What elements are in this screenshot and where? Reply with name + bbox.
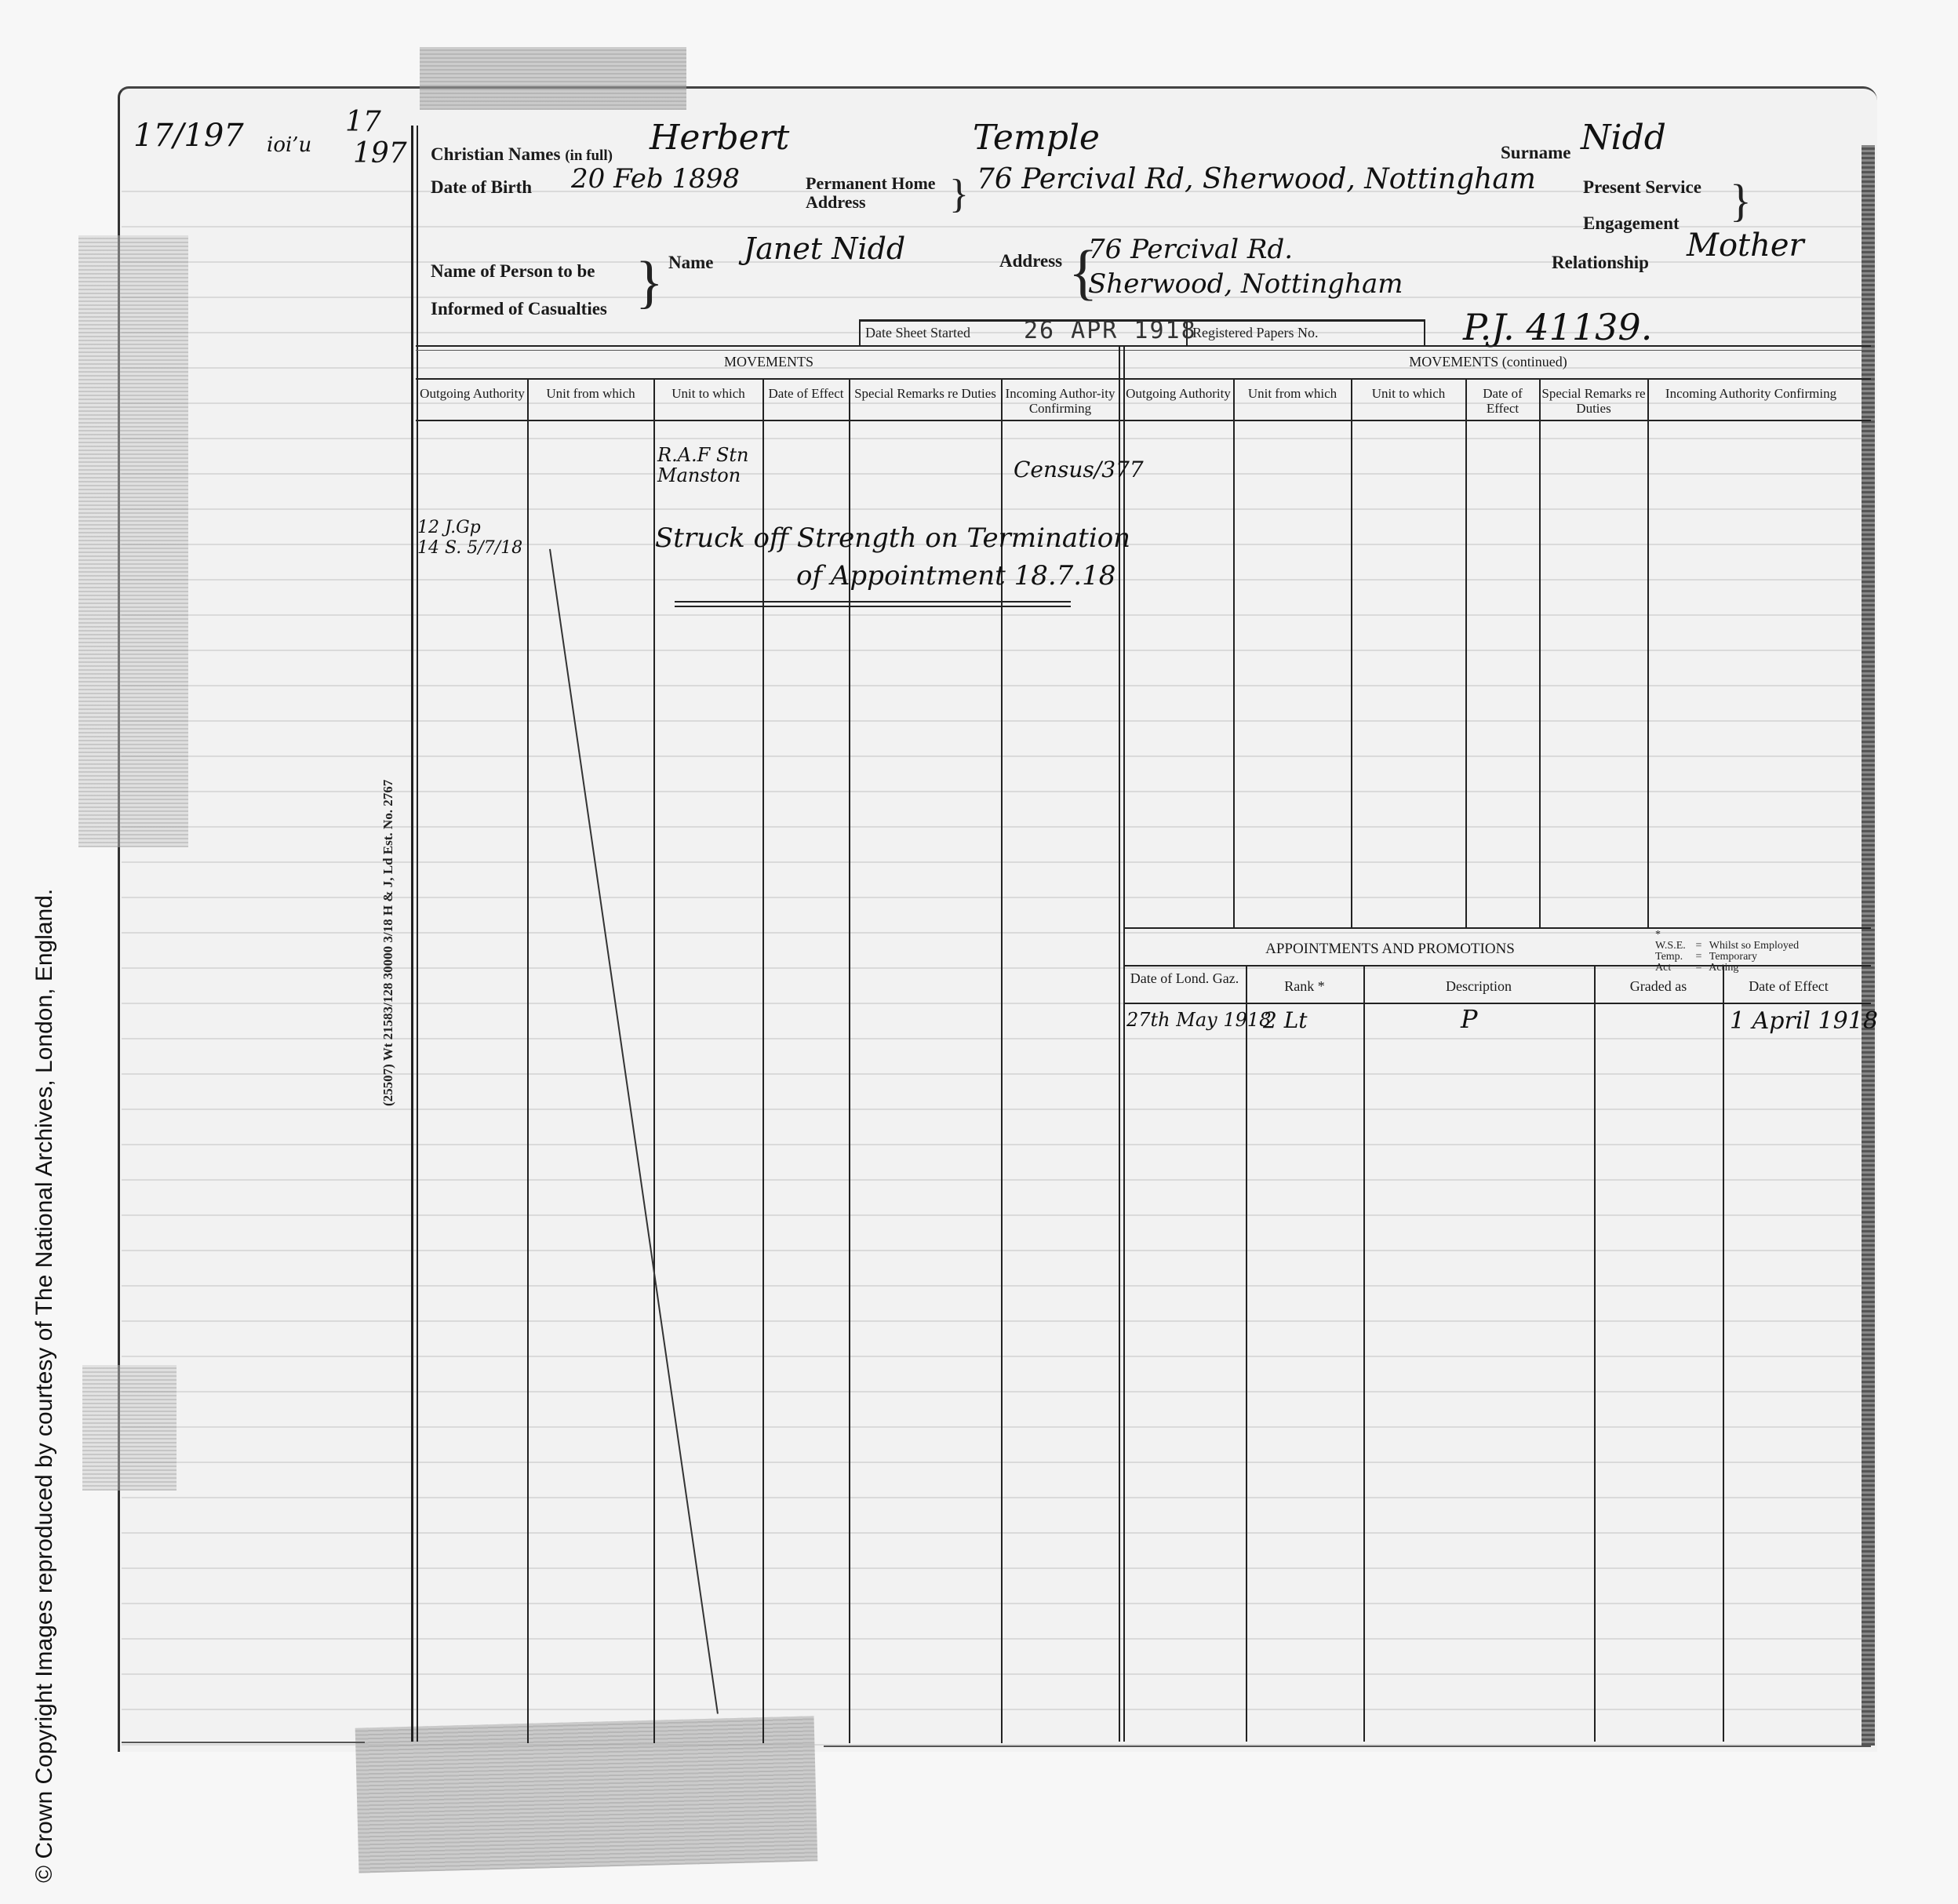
- dob-value: 20 Feb 1898: [571, 163, 740, 195]
- mv-head-remarks: Special Remarks re Duties: [851, 386, 999, 401]
- margin-note-fraction-bottom: 197: [353, 137, 407, 169]
- appt-head-description: Description: [1365, 979, 1592, 994]
- mv-row1-unit-to-2: Manston: [657, 464, 741, 486]
- registered-papers-value: P.J. 41139.: [1463, 306, 1652, 348]
- appointments-legend: * W.S.E. = Whilst so Employed Temp. = Te…: [1655, 930, 1799, 974]
- appt-head-rank: Rank *: [1247, 979, 1362, 994]
- casualty-person-label: Name of Person to be Informed of Casualt…: [431, 253, 607, 328]
- mvc-head-unit-to: Unit to which: [1353, 386, 1464, 401]
- mv-head-date: Date of Effect: [765, 386, 847, 401]
- appt-head-date-effect: Date of Effect: [1724, 979, 1853, 994]
- home-address-label-1: Permanent Home: [806, 174, 936, 193]
- present-service-label: Present Service: [1583, 177, 1701, 198]
- appt-head-graded: Graded as: [1596, 979, 1721, 994]
- christian-names-value-1: Herbert: [650, 118, 789, 158]
- casualty-address-label: Address: [999, 251, 1062, 271]
- dob-label: Date of Birth: [431, 177, 532, 198]
- mv-row2-outgoing-1: 12 J.Gp: [417, 518, 481, 537]
- mv-row2-underline-2: [675, 606, 1071, 607]
- copyright-notice: © Crown Copyright Images reproduced by c…: [31, 889, 58, 1883]
- casualty-name-value: Janet Nidd: [744, 231, 905, 266]
- casualty-name-label: Name: [668, 253, 713, 273]
- movements-title: MOVEMENTS: [416, 355, 1122, 370]
- appt-row1-description: P: [1461, 1004, 1478, 1034]
- appt-row1-date-effect: 1 April 1918: [1730, 1007, 1878, 1035]
- header-separator-1: [416, 345, 1871, 347]
- header-separator-2: [416, 350, 1871, 351]
- home-address-label-2: Address: [806, 193, 936, 212]
- home-address-value: 76 Percival Rd, Sherwood, Nottingham: [977, 163, 1536, 195]
- date-box-right: [1424, 319, 1425, 347]
- mvc-col-1: [1233, 378, 1235, 927]
- casualty-address-value-2: Sherwood, Nottingham: [1088, 268, 1403, 300]
- mvc-col-4: [1539, 378, 1541, 927]
- mv-col-2: [653, 378, 655, 1743]
- printer-imprint: (25507) Wt 21583/128 30000 3/18 H & J, L…: [380, 780, 396, 1106]
- legend-meaning: Temporary: [1709, 951, 1757, 963]
- appt-col-2: [1363, 965, 1365, 1742]
- mv-row2-remarks-1: Struck off Strength on Termination: [655, 522, 1130, 554]
- home-address-brace: }: [949, 171, 969, 217]
- in-full-label: (in full): [565, 147, 613, 164]
- legend-row-wse: * W.S.E. = Whilst so Employed: [1655, 930, 1799, 952]
- surname-label: Surname: [1501, 143, 1570, 163]
- movements-title-rule: [416, 378, 1871, 380]
- sheet-right-edge: [1862, 145, 1875, 1746]
- appt-top-rule: [1123, 927, 1871, 929]
- legend-meaning: Whilst so Employed: [1709, 940, 1799, 952]
- margin-note-abbrev: ioi’u: [267, 133, 311, 157]
- service-brace: }: [1730, 174, 1752, 227]
- tape-left-1: [78, 235, 188, 847]
- mv-col-1: [527, 378, 529, 1743]
- home-address-label: Permanent Home Address: [806, 174, 936, 212]
- appt-title-rule: [1123, 965, 1871, 967]
- date-sheet-started-label: Date Sheet Started: [865, 325, 970, 341]
- mvc-head-date: Date of Effect: [1468, 386, 1538, 416]
- appointments-title: APPOINTMENTS AND PROMOTIONS: [1123, 941, 1657, 956]
- mv-block-divider-1: [1119, 345, 1120, 1742]
- casualty-label-1: Name of Person to be: [431, 253, 607, 290]
- legend-eq: =: [1696, 952, 1707, 963]
- casualty-address-value-1: 76 Percival Rd.: [1088, 234, 1293, 265]
- margin-note-file-number: 17/197: [133, 118, 244, 154]
- mvc-col-5: [1647, 378, 1649, 927]
- date-sheet-started-stamp: 26 APR 1918: [1024, 317, 1197, 344]
- mvc-col-2: [1351, 378, 1352, 927]
- christian-names-label: Christian Names (in full): [431, 144, 613, 165]
- mv-head-outgoing: Outgoing Authority: [419, 386, 526, 401]
- mvc-head-unit-from: Unit from which: [1236, 386, 1349, 401]
- mv-row1-incoming: Census/377: [1014, 457, 1144, 482]
- margin-note-fraction-top: 17: [345, 106, 381, 138]
- surname-value: Nidd: [1581, 118, 1666, 158]
- tape-top: [420, 47, 686, 110]
- christian-names-label-text: Christian Names: [431, 144, 560, 164]
- mv-head-unit-from: Unit from which: [530, 386, 652, 401]
- sheet-bottom-edge-left: [122, 1742, 365, 1743]
- mv-row1-unit-to-1: R.A.F Stn: [657, 444, 748, 466]
- relationship-label: Relationship: [1552, 253, 1649, 273]
- movements-continued-title: MOVEMENTS (continued): [1123, 355, 1853, 370]
- movements-head-rule: [416, 420, 1871, 421]
- mv-row2-outgoing-2: 14 S. 5/7/18: [417, 538, 522, 558]
- appt-col-3: [1594, 965, 1596, 1742]
- casualty-brace: }: [635, 249, 664, 316]
- mv-block-divider-2: [1123, 345, 1125, 1742]
- legend-eq: =: [1696, 941, 1707, 952]
- mvc-col-3: [1465, 378, 1467, 927]
- christian-names-value-2: Temple: [973, 118, 1100, 158]
- tape-bottom: [355, 1716, 818, 1873]
- appt-col-1: [1246, 965, 1247, 1742]
- left-double-rule-1: [411, 126, 413, 1742]
- relationship-value: Mother: [1687, 228, 1804, 264]
- mvc-head-incoming: Incoming Authority Confirming: [1650, 386, 1852, 401]
- registered-papers-label: Registered Papers No.: [1192, 325, 1318, 341]
- mvc-head-outgoing: Outgoing Authority: [1125, 386, 1232, 401]
- mv-row2-underline-1: [675, 601, 1071, 603]
- appt-head-gazette: Date of Lond. Gaz.: [1125, 971, 1244, 986]
- legend-row-temp: Temp. = Temporary: [1655, 952, 1799, 963]
- mv-head-unit-to: Unit to which: [656, 386, 761, 401]
- appt-col-4: [1723, 965, 1724, 1742]
- date-box-left: [859, 319, 861, 347]
- legend-abbr: Temp.: [1655, 952, 1693, 963]
- tape-left-2: [82, 1365, 177, 1491]
- appt-head-rule: [1123, 1003, 1871, 1004]
- casualty-label-2: Informed of Casualties: [431, 290, 607, 328]
- legend-abbr: * W.S.E.: [1655, 930, 1693, 952]
- appt-row1-gazette: 27th May 1918: [1126, 1009, 1271, 1031]
- mv-head-incoming: Incoming Author-ity Confirming: [1003, 386, 1117, 416]
- mvc-head-remarks: Special Remarks re Duties: [1541, 386, 1646, 416]
- mv-col-3: [762, 378, 764, 1743]
- engagement-label: Engagement: [1583, 213, 1680, 234]
- sheet-bottom-edge-right: [824, 1746, 1871, 1747]
- appt-row1-rank: 2 Lt: [1263, 1007, 1308, 1033]
- mv-row2-remarks-2: of Appointment 18.7.18: [796, 560, 1115, 592]
